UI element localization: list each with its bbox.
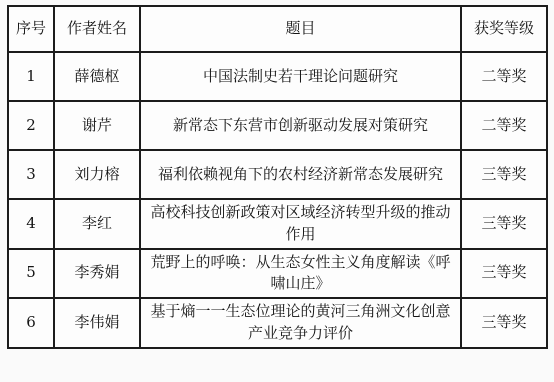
cell-title: 中国法制史若干理论问题研究 [140, 52, 461, 101]
cell-title: 荒野上的呼唤：从生态女性主义角度解读《呼啸山庄》 [140, 249, 461, 299]
table-row: 1薛德枢中国法制史若干理论问题研究二等奖 [8, 52, 547, 101]
table-header: 序号 作者姓名 题目 获奖等级 [8, 6, 547, 52]
awards-table-container: 序号 作者姓名 题目 获奖等级 1薛德枢中国法制史若干理论问题研究二等奖2谢芹新… [7, 5, 548, 349]
table-row: 3刘力榕福利依赖视角下的农村经济新常态发展研究三等奖 [8, 150, 547, 199]
header-cell-index: 序号 [8, 6, 54, 52]
cell-index: 3 [8, 150, 54, 199]
table-row: 2谢芹新常态下东营市创新驱动发展对策研究二等奖 [8, 101, 547, 150]
header-row: 序号 作者姓名 题目 获奖等级 [8, 6, 547, 52]
cell-award: 三等奖 [461, 298, 547, 348]
table-row: 6李伟娟基于熵一一生态位理论的黄河三角洲文化创意产业竞争力评价三等奖 [8, 298, 547, 348]
table-row: 4李红高校科技创新政策对区域经济转型升级的推动作用三等奖 [8, 199, 547, 249]
cell-index: 4 [8, 199, 54, 249]
cell-index: 5 [8, 249, 54, 299]
header-cell-author: 作者姓名 [54, 6, 140, 52]
cell-author: 李红 [54, 199, 140, 249]
cell-title: 高校科技创新政策对区域经济转型升级的推动作用 [140, 199, 461, 249]
awards-table: 序号 作者姓名 题目 获奖等级 1薛德枢中国法制史若干理论问题研究二等奖2谢芹新… [7, 5, 548, 349]
cell-award: 三等奖 [461, 249, 547, 299]
cell-award: 三等奖 [461, 150, 547, 199]
cell-author: 谢芹 [54, 101, 140, 150]
cell-title: 福利依赖视角下的农村经济新常态发展研究 [140, 150, 461, 199]
table-body: 1薛德枢中国法制史若干理论问题研究二等奖2谢芹新常态下东营市创新驱动发展对策研究… [8, 52, 547, 348]
cell-author: 李伟娟 [54, 298, 140, 348]
cell-award: 二等奖 [461, 101, 547, 150]
cell-title: 新常态下东营市创新驱动发展对策研究 [140, 101, 461, 150]
cell-index: 2 [8, 101, 54, 150]
cell-index: 1 [8, 52, 54, 101]
cell-title: 基于熵一一生态位理论的黄河三角洲文化创意产业竞争力评价 [140, 298, 461, 348]
table-row: 5李秀娟荒野上的呼唤：从生态女性主义角度解读《呼啸山庄》三等奖 [8, 249, 547, 299]
cell-index: 6 [8, 298, 54, 348]
cell-award: 二等奖 [461, 52, 547, 101]
cell-author: 刘力榕 [54, 150, 140, 199]
cell-author: 李秀娟 [54, 249, 140, 299]
header-cell-award: 获奖等级 [461, 6, 547, 52]
cell-author: 薛德枢 [54, 52, 140, 101]
header-cell-title: 题目 [140, 6, 461, 52]
cell-award: 三等奖 [461, 199, 547, 249]
